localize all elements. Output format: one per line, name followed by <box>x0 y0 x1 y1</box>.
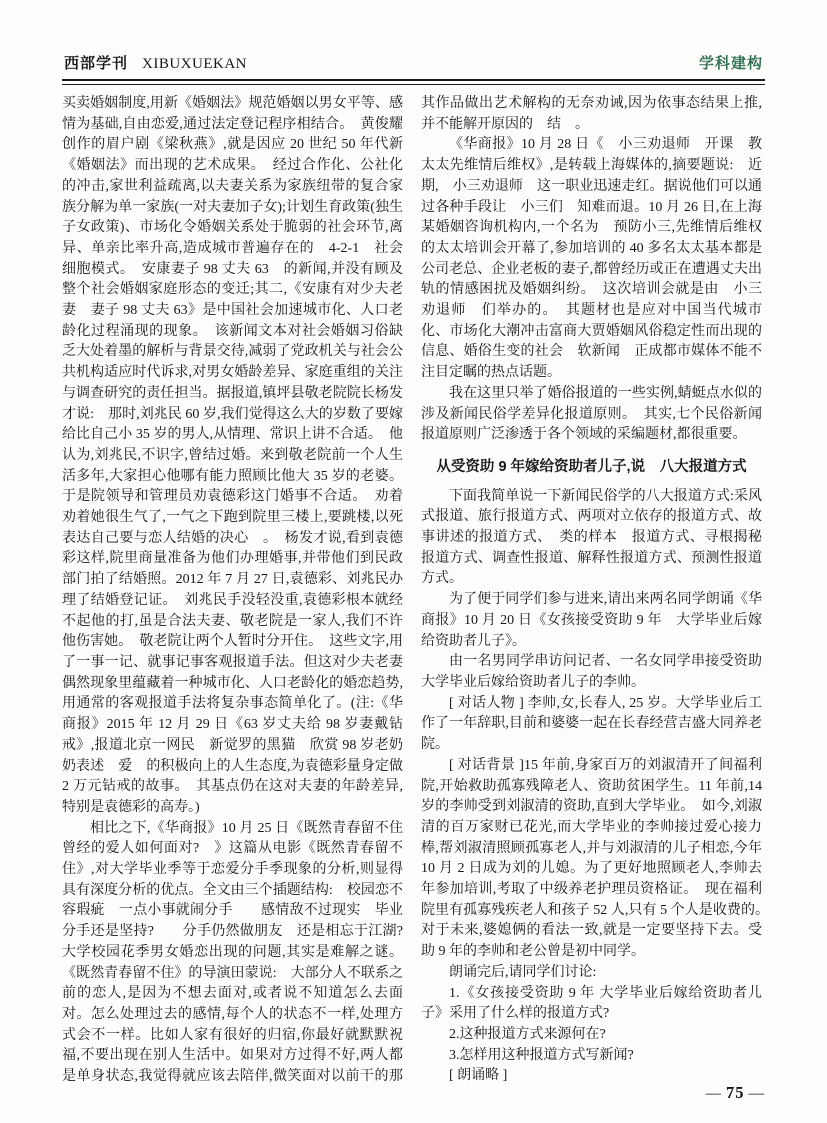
journal-title: 西部学刊XIBUXUEKAN <box>64 52 247 73</box>
left-column: 买卖婚姻制度,用新《婚姻法》规范婚姻以男女平等、感情为基础,自由恋爱,通过法定登… <box>62 94 403 1086</box>
paragraph: 《华商报》10 月 28 日《 小三劝退师 开课 教太太先维情后维权》,是转载上… <box>421 135 762 383</box>
page-number: —75— <box>706 1083 766 1103</box>
section-heading: 从受资助 9 年嫁给资助者儿子,说 八大报道方式 <box>421 457 762 478</box>
paragraph: 朗诵完后,请同学们讨论: <box>421 963 762 984</box>
section-label: 学科建构 <box>699 52 763 73</box>
paragraph: 为了便于同学们参与进来,请出来两名同学朗诵《华商报》10 月 20 日《女孩接受… <box>421 590 762 652</box>
article-body: 买卖婚姻制度,用新《婚姻法》规范婚姻以男女平等、感情为基础,自由恋爱,通过法定登… <box>62 94 765 1086</box>
journal-name-pinyin: XIBUXUEKAN <box>142 56 247 72</box>
paragraph: [ 对话背景 ]15 年前,身家百万的刘淑清开了间福利院,开始救助孤寡残障老人、… <box>421 756 762 963</box>
journal-name: 西部学刊 <box>64 55 128 72</box>
paragraph: 2.这种报道方式来源何在? <box>421 1025 762 1046</box>
page-header: 西部学刊XIBUXUEKAN 学科建构 <box>62 52 765 79</box>
right-column: 其作品做出艺术解构的无奈劝诫,因为依事态结果上推,并不能解开原因的 结 。 《华… <box>421 94 762 1086</box>
paragraph: 1.《女孩接受资助 9 年 大学毕业后嫁给资助者儿子》采用了什么样的报道方式? <box>421 984 762 1025</box>
paragraph: 其作品做出艺术解构的无奈劝诫,因为依事态结果上推,并不能解开原因的 结 。 <box>421 94 762 135</box>
paragraph: 我在这里只举了婚俗报道的一些实例,蜻蜓点水似的涉及新闻民俗学差异化报道原则。 其… <box>421 384 762 446</box>
page-number-dash-right: — <box>749 1085 766 1102</box>
paragraph: [ 对话人物 ] 李帅,女,长春人, 25 岁。大学毕业后工作了一年辞职,目前和… <box>421 694 762 756</box>
page-number-dash-left: — <box>706 1085 723 1102</box>
paragraph: 下面我简单说一下新闻民俗学的八大报道方式:采风式报道、旅行报道方式、两项对立依存… <box>421 487 762 591</box>
journal-page: 西部学刊XIBUXUEKAN 学科建构 买卖婚姻制度,用新《婚姻法》规范婚姻以男… <box>0 0 827 1086</box>
paragraph: 买卖婚姻制度,用新《婚姻法》规范婚姻以男女平等、感情为基础,自由恋爱,通过法定登… <box>62 94 403 819</box>
paragraph: 3.怎样用这种报道方式写新闻? <box>421 1046 762 1067</box>
header-rule <box>62 79 765 85</box>
paragraph: 相比之下,《华商报》10 月 25 日《既然青春留不住曾经的爱人如何面对? 》这… <box>62 819 403 1086</box>
paragraph: 由一名男同学串访问记者、一名女同学串接受资助大学毕业后嫁给资助者儿子的李帅。 <box>421 652 762 693</box>
page-number-value: 75 <box>722 1083 749 1102</box>
